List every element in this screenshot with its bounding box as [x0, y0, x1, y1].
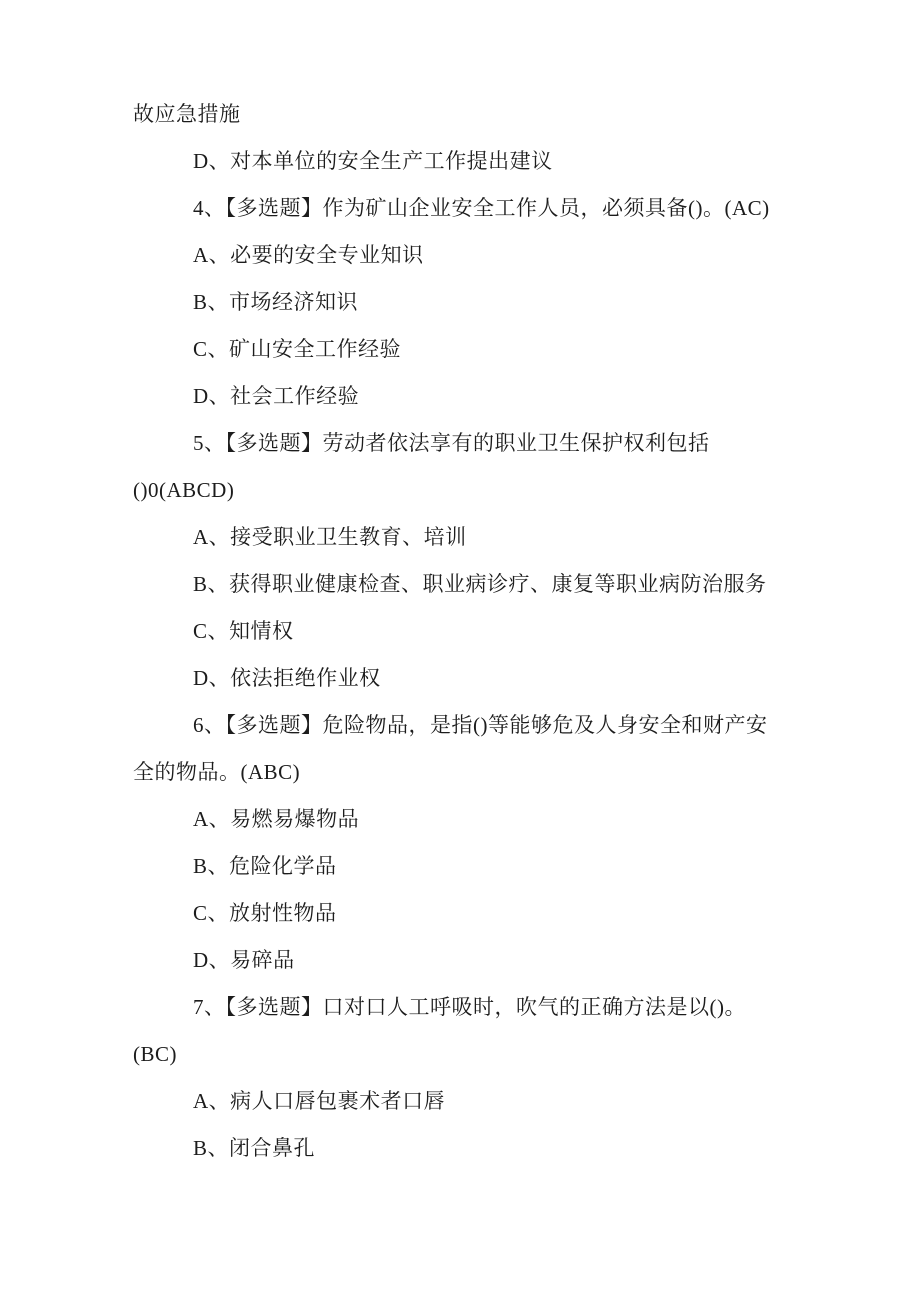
- continuation-line: 全的物品。(ABC): [133, 749, 810, 796]
- option-line: D、易碎品: [133, 937, 810, 984]
- document-page: 故应急措施 D、对本单位的安全生产工作提出建议 4、【多选题】作为矿山企业安全工…: [0, 0, 920, 1301]
- option-line: C、矿山安全工作经验: [133, 326, 810, 373]
- option-line: B、闭合鼻孔: [133, 1125, 810, 1172]
- option-line: A、接受职业卫生教育、培训: [133, 514, 810, 561]
- option-line: D、社会工作经验: [133, 373, 810, 420]
- option-line: B、危险化学品: [133, 843, 810, 890]
- option-line: A、必要的安全专业知识: [133, 232, 810, 279]
- question-line: 6、【多选题】危险物品，是指()等能够危及人身安全和财产安: [133, 702, 810, 749]
- option-line: C、放射性物品: [133, 890, 810, 937]
- option-line: D、依法拒绝作业权: [133, 655, 810, 702]
- question-line: 5、【多选题】劳动者依法享有的职业卫生保护权利包括: [133, 420, 810, 467]
- option-line: B、获得职业健康检查、职业病诊疗、康复等职业病防治服务: [133, 561, 810, 608]
- option-line: A、易燃易爆物品: [133, 796, 810, 843]
- continuation-line: 故应急措施: [133, 91, 810, 138]
- option-line: D、对本单位的安全生产工作提出建议: [133, 138, 810, 185]
- option-line: B、市场经济知识: [133, 279, 810, 326]
- question-line: 4、【多选题】作为矿山企业安全工作人员，必须具备()。(AC): [133, 185, 810, 232]
- option-line: A、病人口唇包裹术者口唇: [133, 1078, 810, 1125]
- question-line: 7、【多选题】口对口人工呼吸时，吹气的正确方法是以()。: [133, 984, 810, 1031]
- continuation-line: ()0(ABCD): [133, 467, 810, 514]
- continuation-line: (BC): [133, 1031, 810, 1078]
- option-line: C、知情权: [133, 608, 810, 655]
